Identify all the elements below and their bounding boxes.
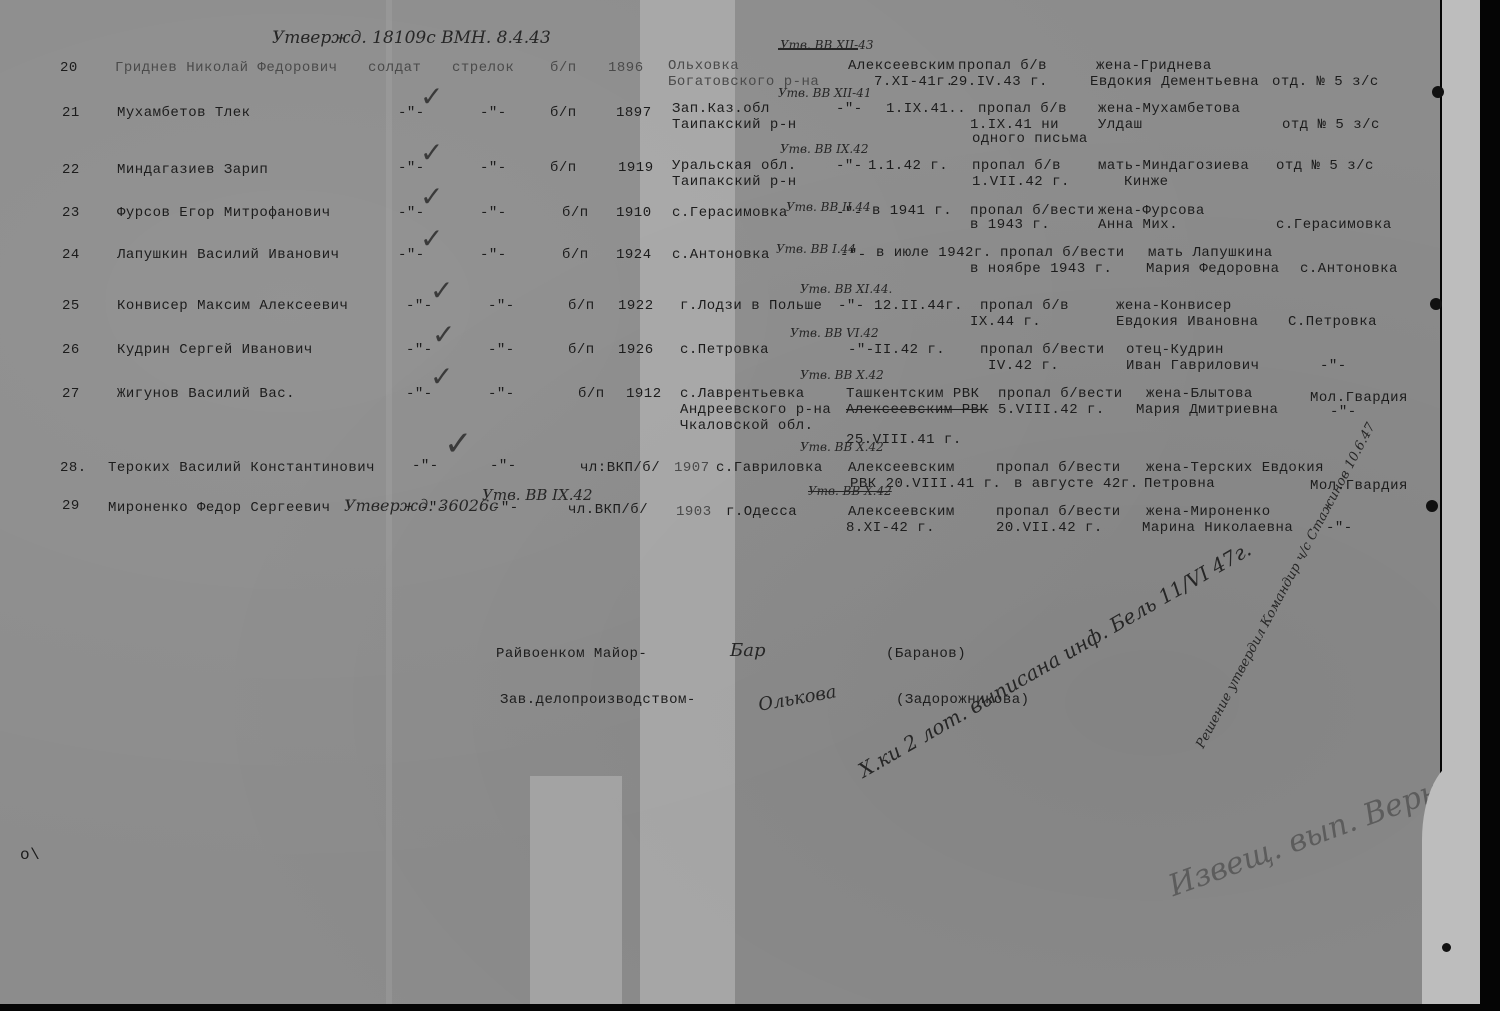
status: пропал б/в [980, 298, 1069, 314]
called-by: -"- [840, 247, 867, 263]
birth-year: 1912 [626, 386, 662, 402]
birthplace: с.Гавриловка [716, 460, 823, 476]
approval-stamp: Утв. ВВ X.42 [800, 440, 884, 454]
party: б/п [578, 386, 605, 402]
status-date: в августе 42г. [1014, 476, 1139, 492]
handwritten-signature: Олькова [757, 681, 838, 715]
called-date: 1.IX.41.. [886, 101, 966, 117]
birth-year: 1926 [618, 342, 654, 358]
strike-line [778, 48, 858, 50]
status: пропал б/вести [996, 460, 1121, 476]
address: с.Антоновка [1300, 261, 1398, 277]
address: отд № 5 з/с [1282, 117, 1380, 133]
called-date: 8.XI-42 г. [846, 520, 935, 536]
relative-name: Мария Федоровна [1146, 261, 1280, 277]
relative-name: Марина Николаевна [1142, 520, 1293, 536]
birth-year: 1903 [676, 504, 712, 520]
relative-name: Улдаш [1098, 117, 1143, 133]
row-number: 28. [60, 460, 87, 476]
row-number: 27 [62, 386, 80, 402]
relative: жена-Мироненко [1146, 504, 1271, 520]
row-number: 20 [60, 60, 78, 76]
status: пропал б/вести [1000, 245, 1125, 261]
relative: жена-Конвисер [1116, 298, 1232, 314]
birthplace: г.Лодзи в Польше [680, 298, 822, 314]
birthplace-line1: Уральская обл. [672, 158, 797, 174]
signature-title: Райвоенком Майор- [496, 646, 647, 662]
checkmark-icon: ✓ [430, 274, 453, 307]
party: б/п [568, 298, 595, 314]
called-by: Алексеевским [848, 58, 955, 74]
birthplace: с.Антоновка [672, 247, 770, 263]
role: -"- [488, 386, 515, 402]
pencil-note: Извещ. вып. Верно 20/6-47 [1164, 724, 1440, 904]
margin-mark: о\ [20, 846, 40, 864]
row-number: 23 [62, 205, 80, 221]
role: -"- [480, 247, 507, 263]
struck-stamp: Утв. ВВ X.42 [808, 484, 892, 498]
role: -"- [490, 458, 517, 474]
checkmark-icon: ✓ [420, 80, 443, 113]
approval-stamp: Утв. ВВ XII-41 [778, 86, 871, 100]
checkmark-icon: ✓ [420, 180, 443, 213]
called-by: Алексеевским [848, 460, 955, 476]
address-ditto: -"- [1330, 404, 1357, 420]
birthplace-line3: Чкаловской обл. [680, 418, 814, 434]
role: стрелок [452, 60, 514, 76]
punch-hole [1430, 298, 1442, 310]
address: -"- [1326, 520, 1353, 536]
repair-tape-strip [640, 0, 735, 1004]
address: С.Петровка [1288, 314, 1377, 330]
checkmark-icon: ✓ [444, 424, 473, 464]
status-date: в ноябре 1943 г. [970, 261, 1112, 277]
person-name: Мухамбетов Тлек [117, 105, 251, 121]
relative: мать-Миндагозиева [1098, 158, 1249, 174]
role: -"- [480, 205, 507, 221]
party: б/п [568, 342, 595, 358]
person-name: Тероких Василий Константинович [108, 460, 375, 476]
called-by: Алексеевским [848, 504, 955, 520]
called-by: Ташкентским РВК [846, 386, 980, 402]
rank: -"- [420, 500, 447, 516]
approval-stamp: Утв. ВВ X.42 [800, 368, 884, 382]
checkmark-icon: ✓ [430, 360, 453, 393]
person-name: Конвисер Максим Алексеевич [117, 298, 348, 314]
birthplace: г.Одесса [726, 504, 797, 520]
relative-name: Евдокия Ивановна [1116, 314, 1258, 330]
checkmark-icon: ✓ [420, 222, 443, 255]
relative-name: Евдокия Дементьевна [1090, 74, 1259, 90]
person-name: Мироненко Федор Сергеевич [108, 500, 331, 516]
address: Мол.Гвардия [1310, 390, 1408, 406]
called-date: 7.XI-41г. [874, 74, 954, 90]
document-page: Утвержд. 18109с ВМН. 8.4.43 20 Гриднев Н… [0, 0, 1440, 1004]
party: б/п [562, 205, 589, 221]
status-date: 5.VIII.42 г. [998, 402, 1105, 418]
status-date: IV.42 г. [988, 358, 1059, 374]
address: отд. № 5 з/с [1272, 74, 1379, 90]
checkmark-icon: ✓ [432, 318, 455, 351]
rank: -"- [406, 386, 433, 402]
handwritten-signature: Бар [730, 640, 765, 661]
signature-title: Зав.делопроизводством- [500, 692, 696, 708]
repair-tape-patch [530, 776, 622, 1004]
person-name: Фурсов Егор Митрофанович [117, 205, 331, 221]
birth-year: 1922 [618, 298, 654, 314]
row-number: 29 [62, 498, 80, 514]
person-name: Кудрин Сергей Иванович [117, 342, 313, 358]
status-note: одного письма [972, 131, 1088, 147]
row-number: 26 [62, 342, 80, 358]
status-date: 1.VII.42 г. [972, 174, 1070, 190]
punch-hole [1442, 943, 1451, 952]
relative-name: Иван Гаврилович [1126, 358, 1260, 374]
party: б/п [550, 60, 577, 76]
rank: солдат [368, 60, 421, 76]
birthplace-line2: Таипакский р-н [672, 117, 797, 133]
birth-year: 1919 [618, 160, 654, 176]
called-by: -"- [848, 342, 875, 358]
status-date: в 1943 г. [970, 217, 1050, 233]
status: пропал б/в [972, 158, 1061, 174]
status: пропал б/вести [996, 504, 1121, 520]
checkmark-icon: ✓ [420, 136, 443, 169]
person-name: Лапушкин Василий Иванович [117, 247, 340, 263]
top-annotation: Утвержд. 18109с ВМН. 8.4.43 [272, 28, 551, 48]
address: отд № 5 з/с [1276, 158, 1374, 174]
relative-name: Петровна [1144, 476, 1215, 492]
called-date: в июле 1942г. [876, 245, 992, 261]
relative: жена-Блытова [1146, 386, 1253, 402]
birth-year: 1910 [616, 205, 652, 221]
punch-hole [1432, 86, 1444, 98]
party: б/п [550, 160, 577, 176]
approval-stamp: Утв. ВВ IX.42 [780, 142, 868, 156]
birthplace: с.Петровка [680, 342, 769, 358]
called-date: II.42 г. [874, 342, 945, 358]
role: -"- [488, 298, 515, 314]
row-number: 24 [62, 247, 80, 263]
party: б/п [562, 247, 589, 263]
party: чл.ВКП/б/ [568, 502, 648, 518]
relative-name: Кинже [1124, 174, 1169, 190]
party: чл:ВКП/б/ [580, 460, 660, 476]
torn-corner [1422, 760, 1462, 1004]
address: Мол.Гвардия [1310, 478, 1408, 494]
status-date: IX.44 г. [970, 314, 1041, 330]
relative: жена-Терских Евдокия [1146, 460, 1324, 476]
called-date: 1.1.42 г. [868, 158, 948, 174]
birth-year: 1897 [616, 105, 652, 121]
status-date: 29.IV.43 г. [950, 74, 1048, 90]
address: с.Герасимовка [1276, 217, 1392, 233]
called-date: 12.II.44г. [874, 298, 963, 314]
birthplace-line1: Зап.Каз.обл [672, 101, 770, 117]
person-name: Гриднев Николай Федорович [115, 60, 338, 76]
status: пропал б/в [978, 101, 1067, 117]
status: пропал б/вести [980, 342, 1105, 358]
row-number: 25 [62, 298, 80, 314]
called-by: -"- [836, 205, 863, 221]
address: -"- [1320, 358, 1347, 374]
rank: -"- [406, 342, 433, 358]
approval-stamp: Утв. ВВ VI.42 [790, 326, 879, 340]
birth-year: 1907 [674, 460, 710, 476]
role: -"- [480, 105, 507, 121]
party: б/п [550, 105, 577, 121]
called-by: -"- [836, 101, 863, 117]
called-by: -"- [838, 298, 865, 314]
birthplace-line2: Андреевского р-на [680, 402, 831, 418]
birthplace-line1: Ольховка [668, 58, 739, 74]
birthplace-line1: с.Лаврентьевка [680, 386, 805, 402]
person-name: Жигунов Василий Вас. [117, 386, 295, 402]
signatory-name: (Баранов) [886, 646, 966, 662]
birthplace: с.Герасимовка [672, 205, 788, 221]
role: -"- [488, 342, 515, 358]
status: пропал б/в [958, 58, 1047, 74]
relative-name: Мария Дмитриевна [1136, 402, 1278, 418]
approval-stamp: Утв. ВВ XI.44. [800, 282, 892, 296]
called-by: -"- [836, 158, 863, 174]
rank: -"- [412, 458, 439, 474]
relative: жена-Гриднева [1096, 58, 1212, 74]
called-by-struck: Алексеевским РВК [846, 402, 988, 418]
birth-year: 1924 [616, 247, 652, 263]
status-date: 20.VII.42 г. [996, 520, 1103, 536]
birthplace-line2: Таипакский р-н [672, 174, 797, 190]
punch-hole [1426, 500, 1438, 512]
status: пропал б/вести [998, 386, 1123, 402]
row-number: 21 [62, 105, 80, 121]
rank: -"- [406, 298, 433, 314]
relative: жена-Мухамбетова [1098, 101, 1240, 117]
birth-year: 1896 [608, 60, 644, 76]
row-number: 22 [62, 162, 80, 178]
person-name: Миндагазиев Зарип [117, 162, 268, 178]
called-date: в 1941 г. [872, 203, 952, 219]
role: -"- [480, 160, 507, 176]
relative: отец-Кудрин [1126, 342, 1224, 358]
relative: мать Лапушкина [1148, 245, 1273, 261]
relative-name: Анна Мих. [1098, 217, 1178, 233]
